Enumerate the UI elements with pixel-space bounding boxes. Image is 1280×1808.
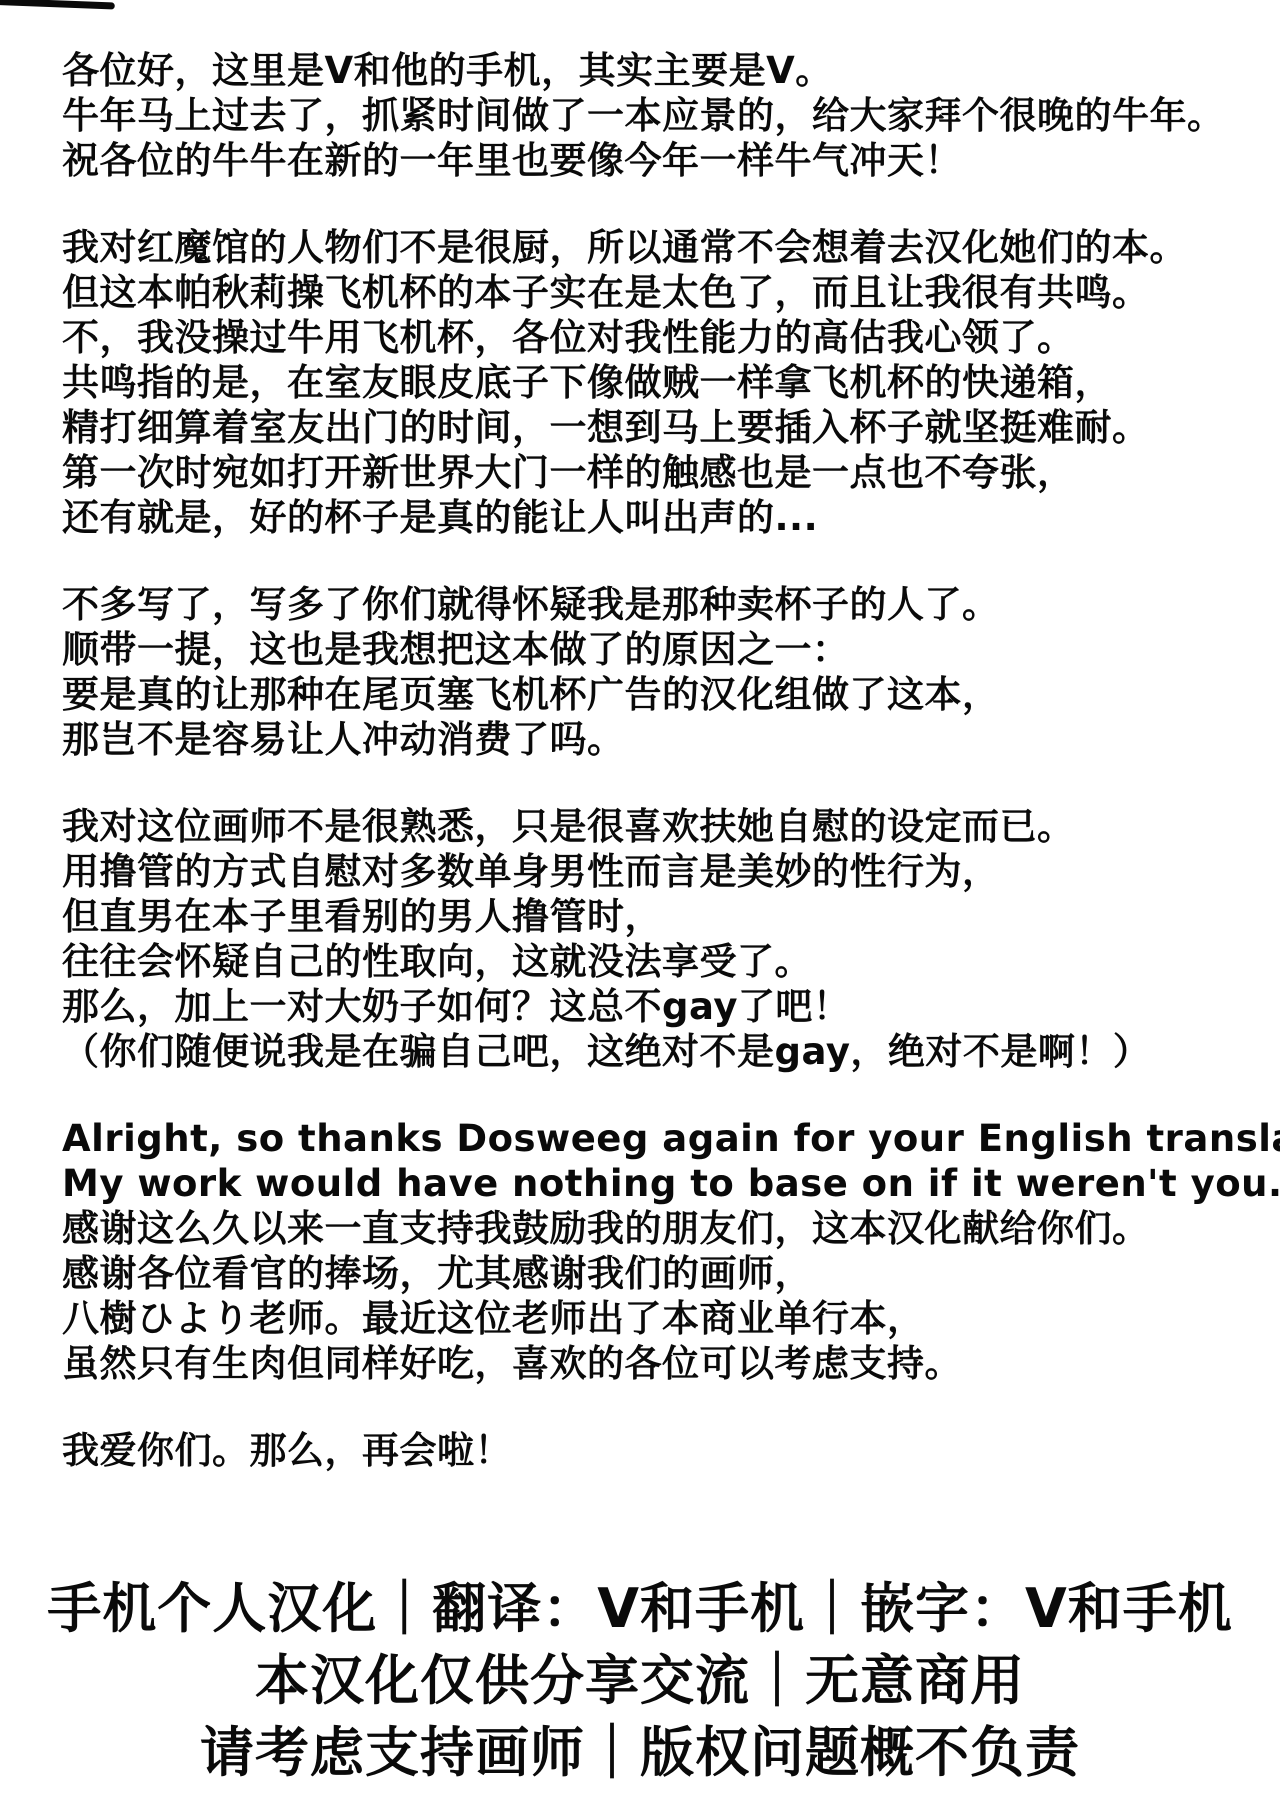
text-line: 祝各位的牛牛在新的一年里也要像今年一样牛气冲天！ [62, 138, 1250, 183]
paragraph-reason: 我对红魔馆的人物们不是很厨，所以通常不会想着去汉化她们的本。 但这本帕秋莉操飞机… [62, 225, 1250, 540]
text-line: 那么，加上一对大奶子如何？这总不gay了吧！ [62, 984, 1250, 1029]
text-line: 用撸管的方式自慰对多数单身男性而言是美妙的性行为， [62, 849, 1250, 894]
paragraph-thanks: Alright, so thanks Dosweeg again for you… [62, 1116, 1250, 1386]
text-line: 共鸣指的是，在室友眼皮底子下像做贼一样拿飞机杯的快递箱， [62, 360, 1250, 405]
credits-line-copyright: 请考虑支持画师｜版权问题概不负责 [0, 1717, 1280, 1789]
text-line: 感谢各位看官的捧场，尤其感谢我们的画师， [62, 1251, 1250, 1296]
paragraph-greeting: 各位好，这里是V和他的手机，其实主要是V。 牛年马上过去了，抓紧时间做了一本应景… [62, 48, 1250, 183]
credits-line-sharing: 本汉化仅供分享交流｜无意商用 [0, 1645, 1280, 1717]
paragraph-aside: 不多写了，写多了你们就得怀疑我是那种卖杯子的人了。 顺带一提，这也是我想把这本做… [62, 582, 1250, 762]
paragraph-farewell: 我爱你们。那么，再会啦！ [62, 1428, 1250, 1473]
afterword-page: 各位好，这里是V和他的手机，其实主要是V。 牛年马上过去了，抓紧时间做了一本应景… [0, 0, 1280, 1808]
text-line: 我爱你们。那么，再会啦！ [62, 1428, 1250, 1473]
text-line: （你们随便说我是在骗自己吧，这绝对不是gay，绝对不是啊！） [62, 1029, 1250, 1074]
text-line: 各位好，这里是V和他的手机，其实主要是V。 [62, 48, 1250, 93]
text-line: 我对这位画师不是很熟悉，只是很喜欢扶她自慰的设定而已。 [62, 804, 1250, 849]
credits-footer: 手机个人汉化｜翻译：V和手机｜嵌字：V和手机 本汉化仅供分享交流｜无意商用 请考… [0, 1573, 1280, 1789]
text-line: 感谢这么久以来一直支持我鼓励我的朋友们，这本汉化献给你们。 [62, 1206, 1250, 1251]
text-line: 第一次时宛如打开新世界大门一样的触感也是一点也不夸张， [62, 450, 1250, 495]
text-line: 还有就是，好的杯子是真的能让人叫出声的... [62, 495, 1250, 540]
text-line: 往往会怀疑自己的性取向，这就没法享受了。 [62, 939, 1250, 984]
text-line: My work would have nothing to base on if… [62, 1161, 1250, 1206]
paragraph-artist-setting: 我对这位画师不是很熟悉，只是很喜欢扶她自慰的设定而已。 用撸管的方式自慰对多数单… [62, 804, 1250, 1074]
text-line: 要是真的让那种在尾页塞飞机杯广告的汉化组做了这本， [62, 672, 1250, 717]
text-line: 但直男在本子里看别的男人撸管时， [62, 894, 1250, 939]
text-line: 我对红魔馆的人物们不是很厨，所以通常不会想着去汉化她们的本。 [62, 225, 1250, 270]
credits-line-translation: 手机个人汉化｜翻译：V和手机｜嵌字：V和手机 [0, 1573, 1280, 1645]
text-line: 那岂不是容易让人冲动消费了吗。 [62, 717, 1250, 762]
text-line: 虽然只有生肉但同样好吃，喜欢的各位可以考虑支持。 [62, 1341, 1250, 1386]
text-line: 八樹ひより老师。最近这位老师出了本商业单行本， [62, 1296, 1250, 1341]
text-line: 但这本帕秋莉操飞机杯的本子实在是太色了，而且让我很有共鸣。 [62, 270, 1250, 315]
text-line: 精打细算着室友出门的时间，一想到马上要插入杯子就坚挺难耐。 [62, 405, 1250, 450]
text-line: 不多写了，写多了你们就得怀疑我是那种卖杯子的人了。 [62, 582, 1250, 627]
afterword-text: 各位好，这里是V和他的手机，其实主要是V。 牛年马上过去了，抓紧时间做了一本应景… [0, 0, 1280, 1473]
text-line: 顺带一提，这也是我想把这本做了的原因之一： [62, 627, 1250, 672]
text-line: Alright, so thanks Dosweeg again for you… [62, 1116, 1250, 1161]
text-line: 不，我没操过牛用飞机杯，各位对我性能力的高估我心领了。 [62, 315, 1250, 360]
text-line: 牛年马上过去了，抓紧时间做了一本应景的，给大家拜个很晚的牛年。 [62, 93, 1250, 138]
